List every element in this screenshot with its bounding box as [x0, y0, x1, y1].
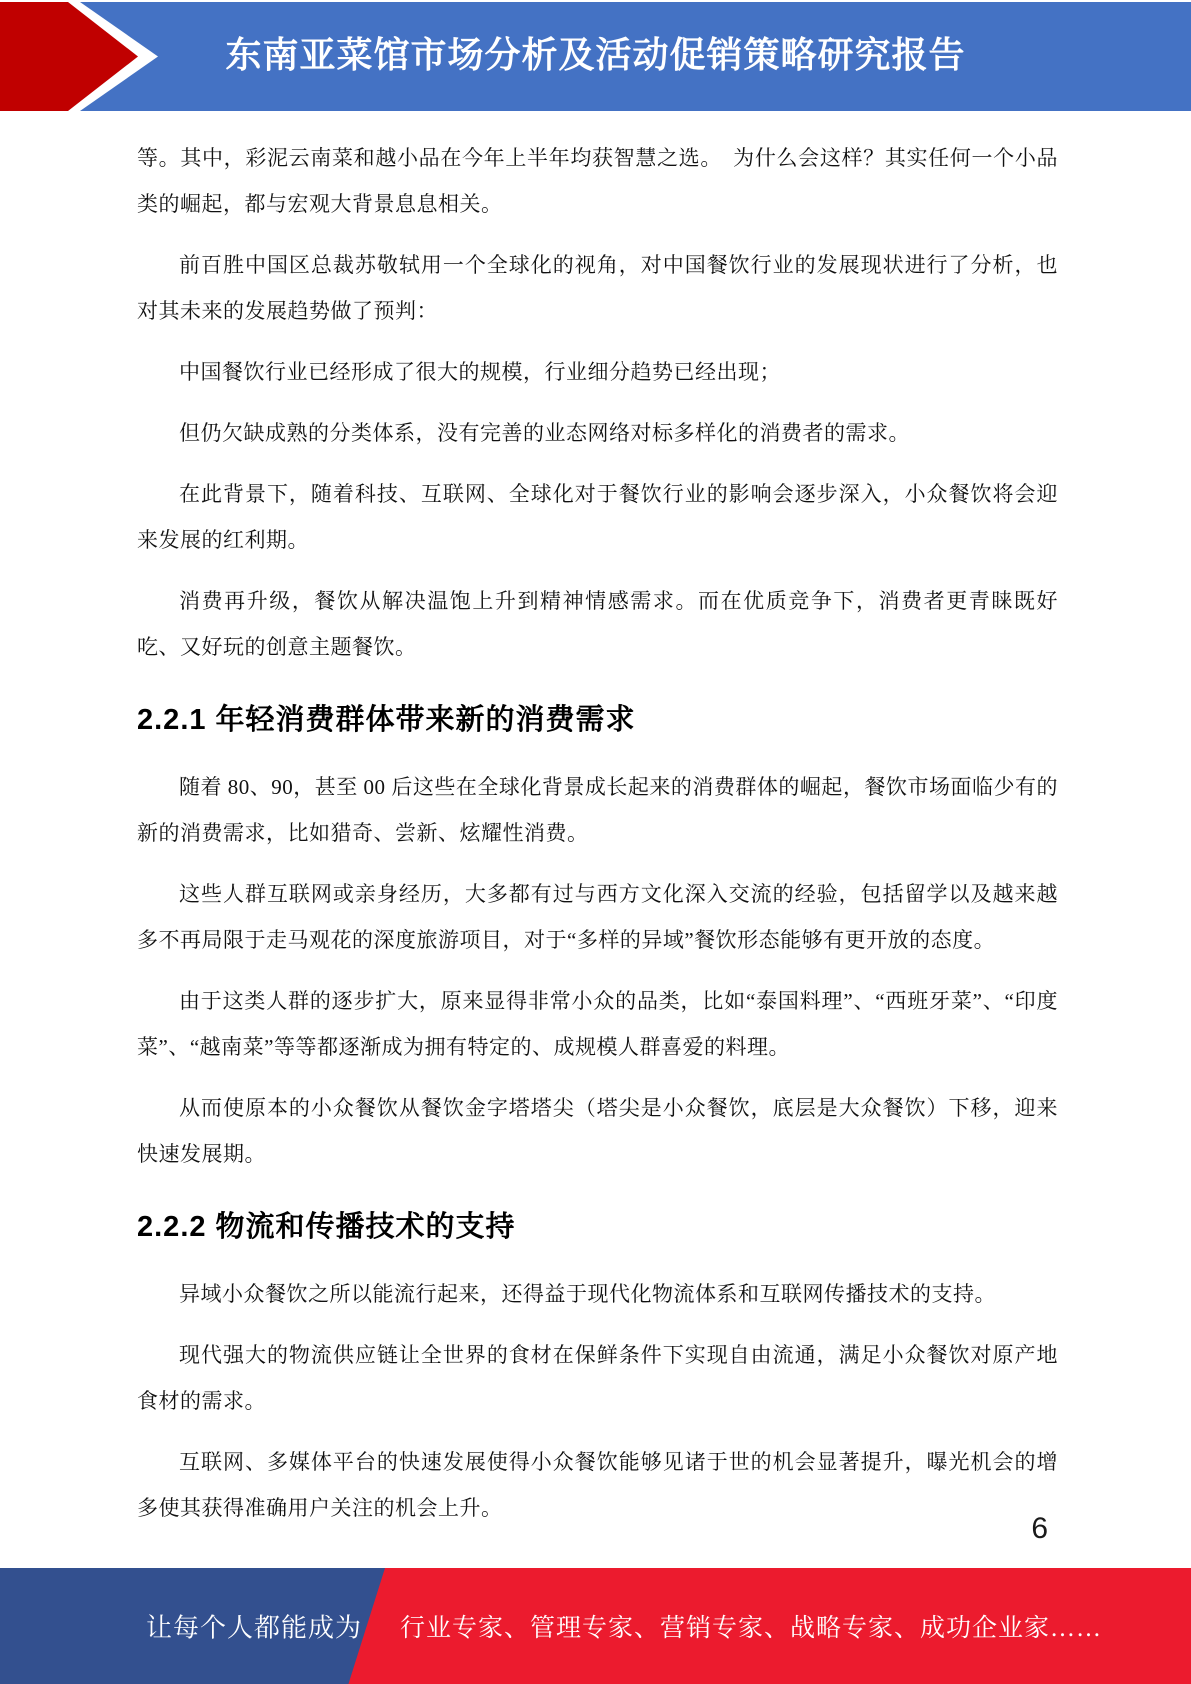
- page-header: 东南亚菜馆市场分析及活动促销策略研究报告: [0, 2, 1191, 111]
- paragraph: 从而使原本的小众餐饮从餐饮金字塔塔尖（塔尖是小众餐饮，底层是大众餐饮）下移，迎来…: [137, 1085, 1058, 1177]
- report-title: 东南亚菜馆市场分析及活动促销策略研究报告: [0, 2, 1191, 111]
- paragraph: 互联网、多媒体平台的快速发展使得小众餐饮能够见诸于世的机会显著提升，曝光机会的增…: [137, 1439, 1058, 1531]
- paragraph: 中国餐饮行业已经形成了很大的规模，行业细分趋势已经出现；: [137, 349, 1058, 395]
- paragraph: 这些人群互联网或亲身经历，大多都有过与西方文化深入交流的经验，包括留学以及越来越…: [137, 871, 1058, 963]
- document-body: 等。其中，彩泥云南菜和越小品在今年上半年均获智慧之选。 为什么会这样？其实任何一…: [137, 111, 1058, 1546]
- paragraph: 在此背景下，随着科技、互联网、全球化对于餐饮行业的影响会逐步深入，小众餐饮将会迎…: [137, 471, 1058, 563]
- footer-slogan-left: 让每个人都能成为: [146, 1608, 362, 1645]
- footer-slogan-right: 行业专家、管理专家、营销专家、战略专家、成功企业家……: [400, 1608, 1102, 1644]
- paragraph: 异域小众餐饮之所以能流行起来，还得益于现代化物流体系和互联网传播技术的支持。: [137, 1271, 1058, 1317]
- section-heading: 2.2.2 物流和传播技术的支持: [137, 1205, 1058, 1249]
- section-heading: 2.2.1 年轻消费群体带来新的消费需求: [137, 698, 1058, 742]
- paragraph: 等。其中，彩泥云南菜和越小品在今年上半年均获智慧之选。 为什么会这样？其实任何一…: [137, 135, 1058, 227]
- page-number: 6: [1031, 1512, 1048, 1546]
- paragraph: 由于这类人群的逐步扩大，原来显得非常小众的品类，比如“泰国料理”、“西班牙菜”、…: [137, 978, 1058, 1070]
- paragraph: 但仍欠缺成熟的分类体系，没有完善的业态网络对标多样化的消费者的需求。: [137, 410, 1058, 456]
- paragraph: 现代强大的物流供应链让全世界的食材在保鲜条件下实现自由流通，满足小众餐饮对原产地…: [137, 1332, 1058, 1424]
- paragraph: 消费再升级，餐饮从解决温饱上升到精神情感需求。而在优质竞争下，消费者更青睐既好吃…: [137, 578, 1058, 670]
- page-footer: 让每个人都能成为 行业专家、管理专家、营销专家、战略专家、成功企业家……: [0, 1568, 1191, 1684]
- paragraph: 随着 80、90，甚至 00 后这些在全球化背景成长起来的消费群体的崛起，餐饮市…: [137, 764, 1058, 856]
- paragraph: 前百胜中国区总裁苏敬轼用一个全球化的视角，对中国餐饮行业的发展现状进行了分析，也…: [137, 242, 1058, 334]
- document-page: 东南亚菜馆市场分析及活动促销策略研究报告 等。其中，彩泥云南菜和越小品在今年上半…: [0, 0, 1191, 1684]
